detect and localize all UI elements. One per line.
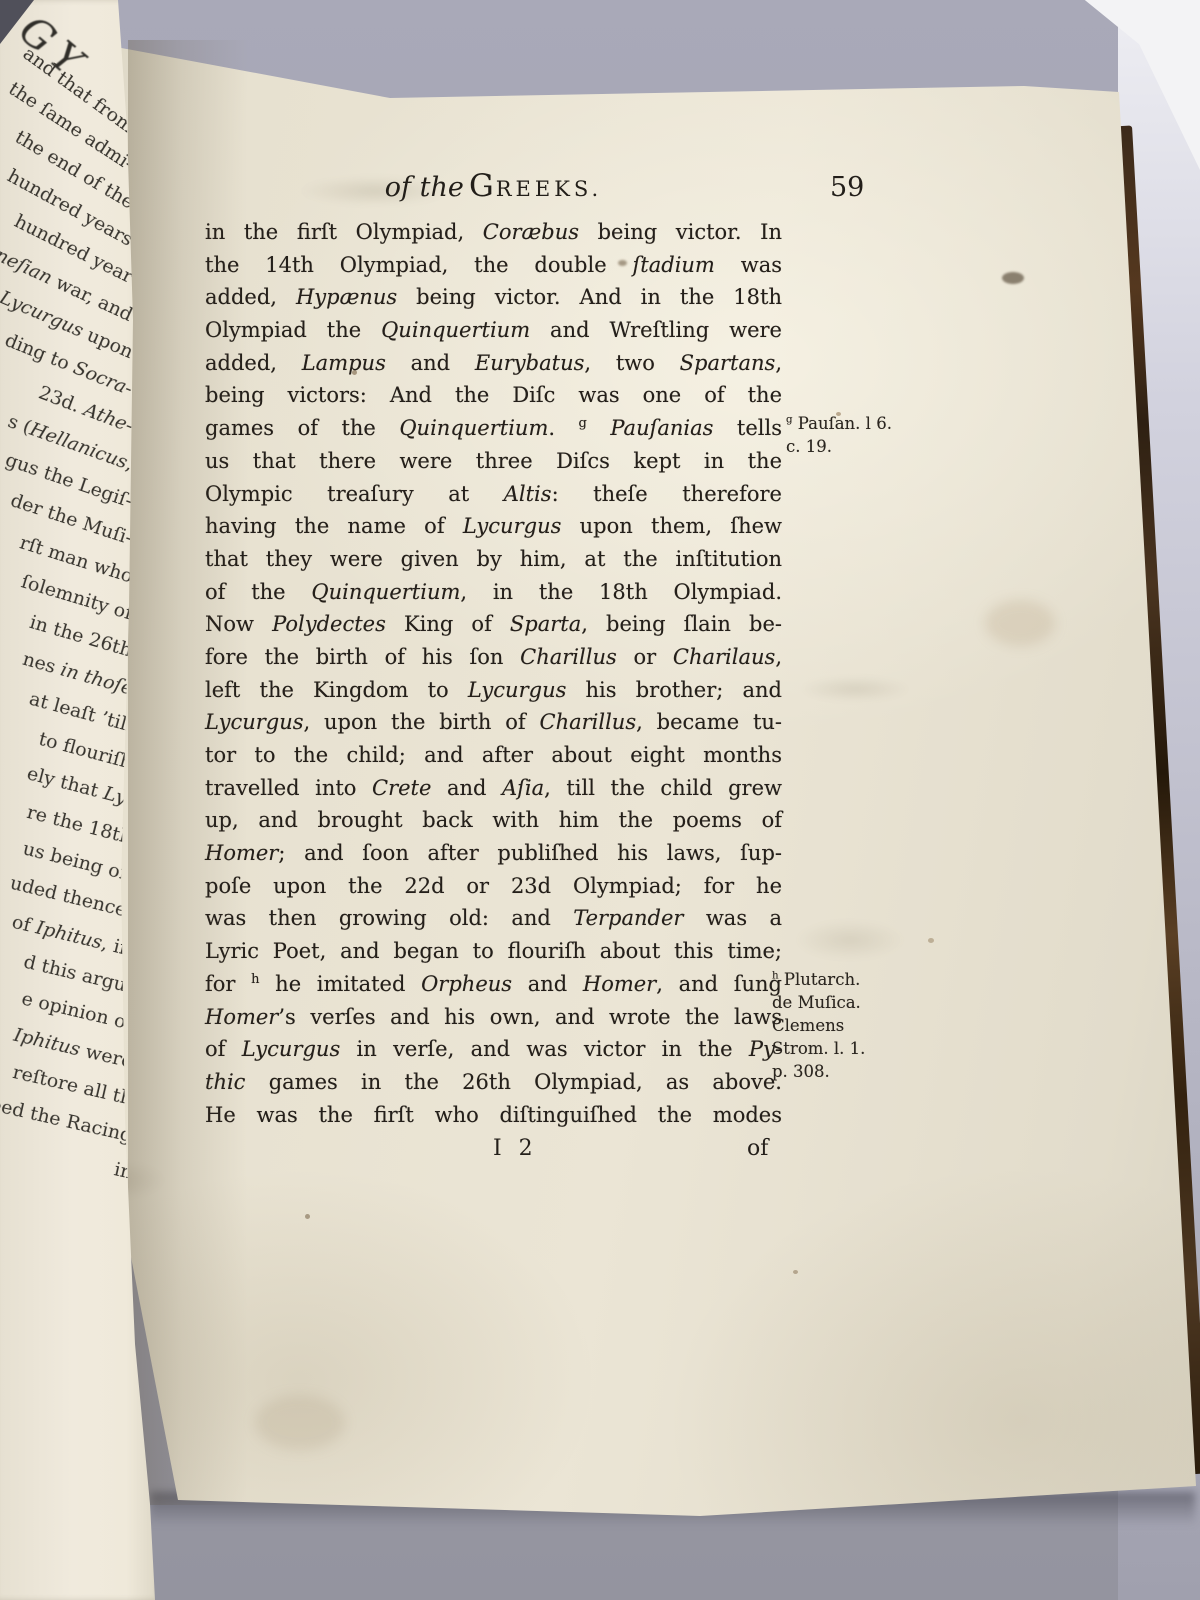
running-head: of the GREEKS. bbox=[205, 168, 782, 204]
margin-note-g: g Pauſan. l 6.c. 19. bbox=[786, 412, 916, 458]
body-text-line: Homer; and ſoon after publiſhed his laws… bbox=[205, 837, 782, 870]
body-text-line: thic games in the 26th Olympiad, as abov… bbox=[205, 1066, 782, 1099]
body-text-line: fore the birth of his ſon Charillus or C… bbox=[205, 641, 782, 674]
body-text-line: that they were given by him, at the inſt… bbox=[205, 543, 782, 576]
margin-note-line: c. 19. bbox=[786, 435, 916, 458]
margin-note-line: p. 308. bbox=[772, 1060, 902, 1083]
body-text-line: us that there were three Diſcs kept in t… bbox=[205, 445, 782, 478]
signature-mark: I 2 bbox=[493, 1136, 538, 1161]
foxing-speck bbox=[793, 1270, 798, 1274]
body-text-line: Olympiad the Quinquertium and Wreſtling … bbox=[205, 314, 782, 347]
body-text-line: Lyric Poet, and began to flouriſh about … bbox=[205, 935, 782, 968]
running-head-cap-rest: REEKS. bbox=[496, 177, 602, 201]
body-text-line: Olympic treaſury at Altis: theſe therefo… bbox=[205, 478, 782, 511]
body-text-line: added, Hypænus being victor. And in the … bbox=[205, 281, 782, 314]
margin-note-line: Strom. l. 1. bbox=[772, 1037, 902, 1060]
running-head-cap-initial: G bbox=[469, 168, 496, 204]
margin-note-line: Clemens bbox=[772, 1014, 902, 1037]
body-text-line: travelled into Crete and Aſia, till the … bbox=[205, 772, 782, 805]
body-text-line: left the Kingdom to Lycurgus his brother… bbox=[205, 674, 782, 707]
foxing-speck bbox=[928, 938, 934, 943]
paper-stain bbox=[255, 1395, 345, 1450]
body-text-line: being victors: And the Diſc was one of t… bbox=[205, 379, 782, 412]
gutter-shadow bbox=[128, 40, 248, 1505]
body-text-line: Now Polydectes King of Sparta, being ſla… bbox=[205, 608, 782, 641]
body-text-line: Lycurgus, upon the birth of Charillus, b… bbox=[205, 706, 782, 739]
body-text-line: the 14th Olympiad, the double ſtadium wa… bbox=[205, 249, 782, 282]
margin-note-line: h Plutarch. bbox=[772, 968, 902, 991]
running-head-italic: of the bbox=[385, 172, 464, 203]
foxing-speck bbox=[305, 1214, 310, 1219]
catchword: of bbox=[747, 1136, 768, 1161]
body-text-line: was then growing old: and Terpander was … bbox=[205, 902, 782, 935]
body-text-line: for h he imitated Orpheus and Homer, and… bbox=[205, 968, 782, 1001]
showthrough-ghost bbox=[800, 676, 910, 702]
body-text-line: added, Lampus and Eurybatus, two Spartan… bbox=[205, 347, 782, 380]
body-text: in the firſt Olympiad, Coræbus being vic… bbox=[205, 216, 782, 1131]
body-text-line: in the firſt Olympiad, Coræbus being vic… bbox=[205, 216, 782, 249]
body-text-line: of Lycurgus in verſe, and was victor in … bbox=[205, 1033, 782, 1066]
margin-note-line: de Muſica. bbox=[772, 991, 902, 1014]
foxing-speck bbox=[1002, 272, 1024, 284]
body-text-line: games of the Quinquertium. g Pauſanias t… bbox=[205, 412, 782, 445]
body-text-line: poſe upon the 22d or 23d Olympiad; for h… bbox=[205, 870, 782, 903]
body-text-line: He was the firſt who diſtinguiſhed the m… bbox=[205, 1099, 782, 1132]
body-text-line: having the name of Lycurgus upon them, ſ… bbox=[205, 510, 782, 543]
body-text-line: Homer’s verſes and his own, and wrote th… bbox=[205, 1001, 782, 1034]
margin-note-h: h Plutarch.de Muſica.ClemensStrom. l. 1.… bbox=[772, 968, 902, 1083]
body-text-line: of the Quinquertium, in the 18th Olympia… bbox=[205, 576, 782, 609]
body-text-line: tor to the child; and after about eight … bbox=[205, 739, 782, 772]
paper-stain bbox=[985, 600, 1055, 646]
body-text-line: up, and brought back with him the poems … bbox=[205, 804, 782, 837]
showthrough-ghost bbox=[795, 920, 905, 960]
book-photo: { "photo": { "colors": { "backdrop": "#a… bbox=[0, 0, 1200, 1600]
page-number: 59 bbox=[830, 172, 864, 203]
margin-note-line: g Pauſan. l 6. bbox=[786, 412, 916, 435]
